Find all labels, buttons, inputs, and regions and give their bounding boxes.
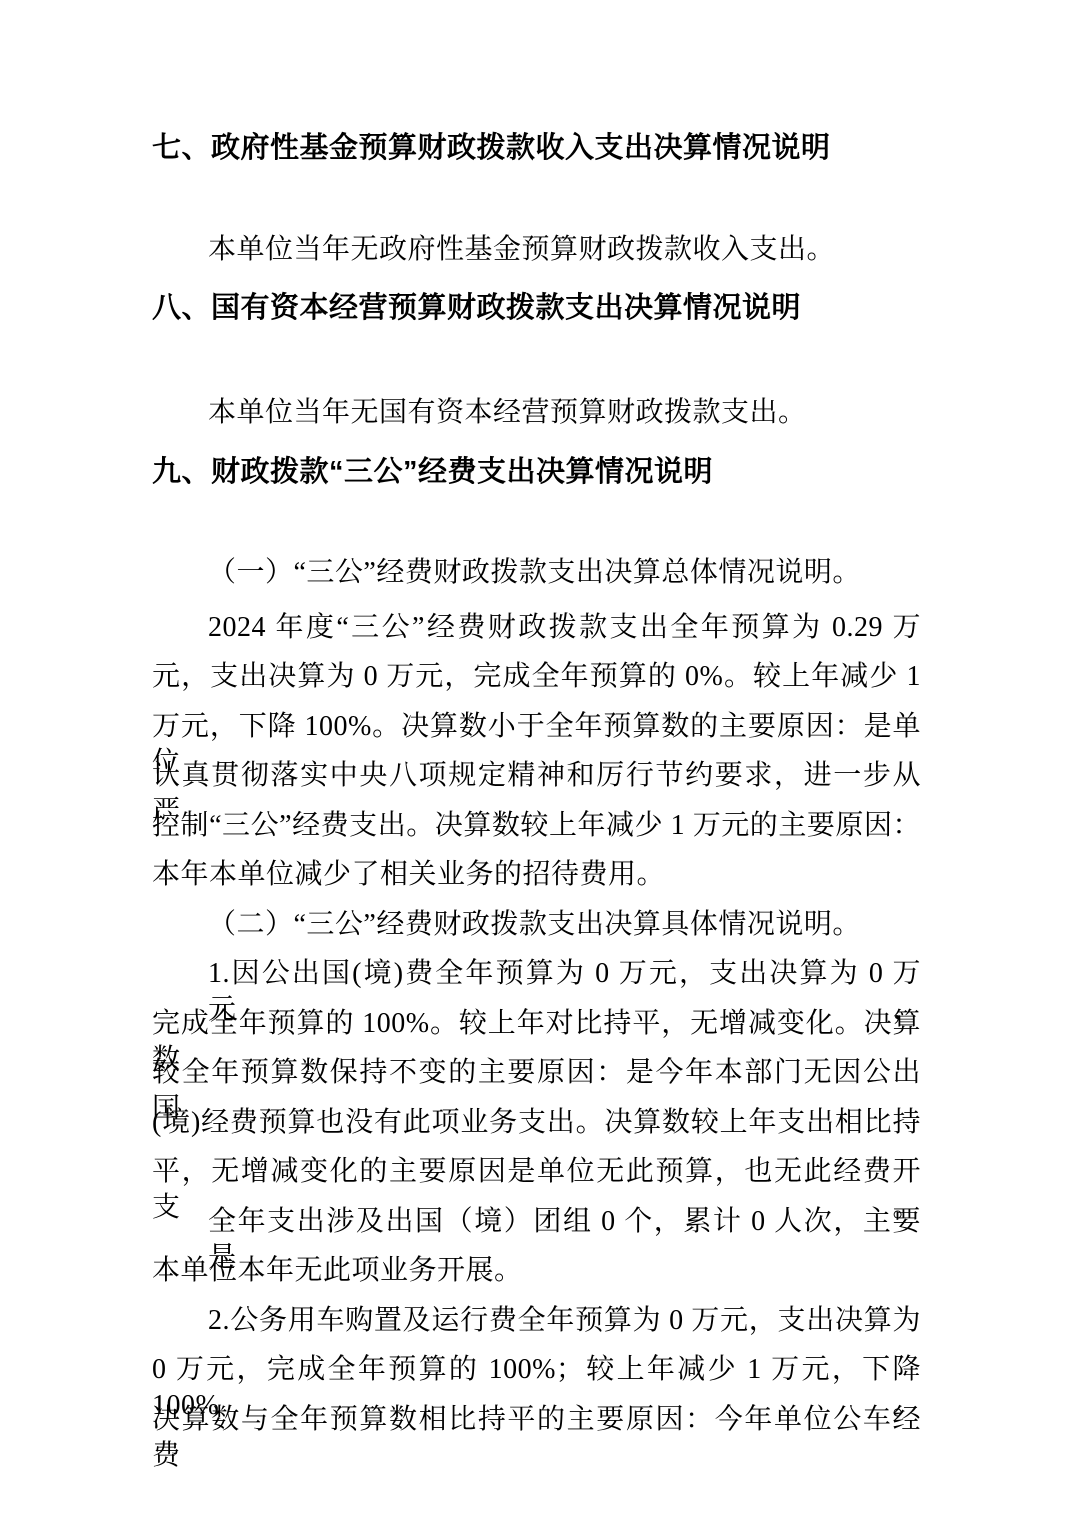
heading-section-8: 八、国有资本经营预算财政拨款支出决算情况说明 bbox=[152, 290, 921, 326]
paragraph-line: (境)经费预算也没有此项业务支出。决算数较上年支出相比持 bbox=[152, 1105, 921, 1141]
paragraph-line: 元，支出决算为 0 万元，完成全年预算的 0%。较上年减少 1 bbox=[152, 659, 921, 695]
document-page: 七、政府性基金预算财政拨款收入支出决算情况说明 本单位当年无政府性基金预算财政拨… bbox=[0, 0, 1069, 1514]
heading-section-7: 七、政府性基金预算财政拨款收入支出决算情况说明 bbox=[152, 130, 921, 166]
paragraph-line: 本单位当年无国有资本经营预算财政拨款支出。 bbox=[152, 395, 921, 431]
paragraph-line: 2024 年度“三公”经费财政拨款支出全年预算为 0.29 万 bbox=[152, 610, 921, 646]
paragraph-line: 本单位本年无此项业务开展。 bbox=[152, 1253, 921, 1289]
paragraph-line: 本年本单位减少了相关业务的招待费用。 bbox=[152, 857, 921, 893]
paragraph-line: 本单位当年无政府性基金预算财政拨款收入支出。 bbox=[152, 232, 921, 268]
paragraph-line: （二）“三公”经费财政拨款支出决算具体情况说明。 bbox=[152, 907, 921, 943]
paragraph-line: 决算数与全年预算数相比持平的主要原因：今年单位公车经费 bbox=[152, 1402, 921, 1474]
heading-section-9: 九、财政拨款“三公”经费支出决算情况说明 bbox=[152, 454, 921, 490]
paragraph-line: 2.公务用车购置及运行费全年预算为 0 万元，支出决算为 bbox=[152, 1303, 921, 1339]
paragraph-line: （一）“三公”经费财政拨款支出决算总体情况说明。 bbox=[152, 555, 921, 591]
paragraph-line: 控制“三公”经费支出。决算数较上年减少 1 万元的主要原因： bbox=[152, 808, 921, 844]
